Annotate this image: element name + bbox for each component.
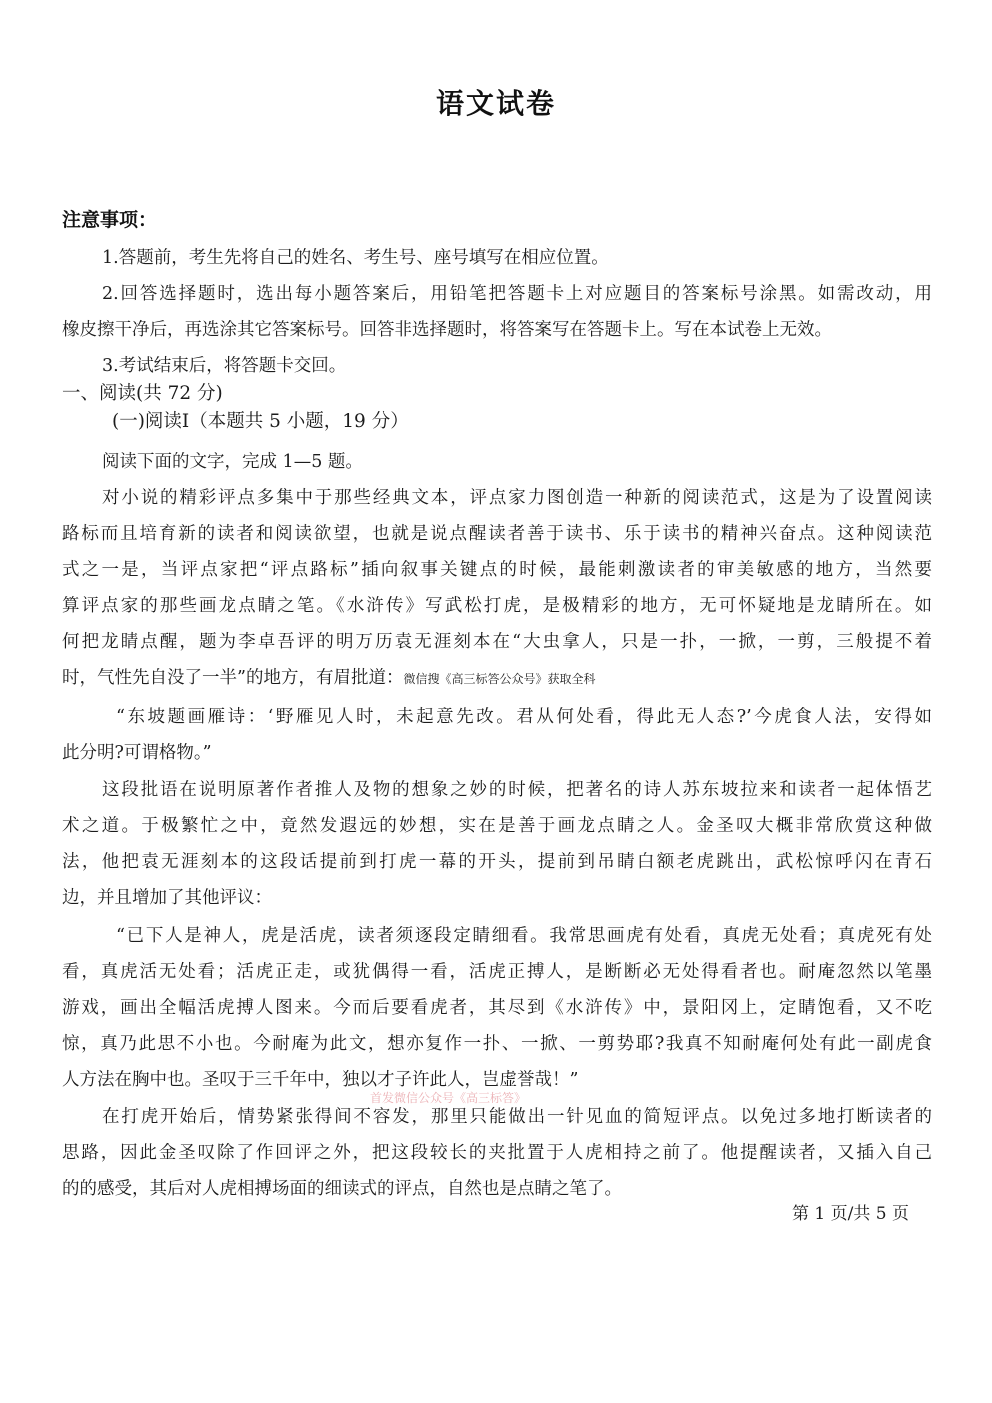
notice-item-2-line-1: 2.回答选择题时，选出每小题答案后，用铅笔把答题卡上对应题目的答案标号涂黑。如需… [102,280,932,308]
quote-2-line: 游戏，画出全幅活虎搏人图来。今而后要看虎者，其尽到《水浒传》中，景阳冈上，定睛饱… [62,994,932,1022]
reading-instruction: 阅读下面的文字，完成 1—5 题。 [102,448,932,476]
paragraph-3-line: 的的感受，其后对人虎相搏场面的细读式的评点，自然也是点睛之笔了。 [62,1175,932,1203]
wechat-note: 微信搜《高三标答公众号》获取全科 [403,672,595,686]
quote-2-line: “已下人是神人，虎是活虎，读者须逐段定睛细看。我常思画虎有处看，真虎无处看；真虎… [116,922,932,950]
paragraph-1-text: 时，气性先自没了一半”的地方，有眉批道： [62,668,403,688]
section-heading: 一、阅读(共 72 分) [62,380,223,408]
notice-item-2-line-2: 橡皮擦干净后，再选涂其它答案标号。回答非选择题时，将答案写在答题卡上。写在本试卷… [62,316,932,344]
paragraph-1-last-line: 时，气性先自没了一半”的地方，有眉批道：微信搜《高三标答公众号》获取全科 [62,664,932,692]
notice-item-1: 1.答题前，考生先将自己的姓名、考生号、座号填写在相应位置。 [102,244,932,272]
page-title: 语文试卷 [0,84,992,124]
paragraph-3-line: 思路，因此金圣叹除了作回评之外，把这段较长的夹批置于人虎相持之前了。他提醒读者，… [62,1139,932,1167]
paragraph-1-line: 式之一是，当评点家把“评点路标”插向叙事关键点的时候，最能刺激读者的审美敏感的地… [62,556,932,584]
paragraph-2-line: 边，并且增加了其他评议： [62,884,932,912]
notice-heading: 注意事项： [62,206,157,234]
quote-2-line: 惊，真乃此思不小也。今耐庵为此文，想亦复作一扑、一掀、一剪势耶?我真不知耐庵何处… [62,1030,932,1058]
quote-1-line: “东坡题画雁诗：‘野雁见人时，未起意先改。君从何处看，得此无人态?’今虎食人法，… [116,703,932,731]
subsection-heading: (一)阅读Ⅰ（本题共 5 小题，19 分） [112,408,409,436]
quote-2-line: 看，真虎活无处看；活虎正走，或犹偶得一看，活虎正搏人，是断断必无处得看者也。耐庵… [62,958,932,986]
paragraph-1-line: 何把龙睛点醒，题为李卓吾评的明万历袁无涯刻本在“大虫拿人，只是一扑，一掀，一剪，… [62,628,932,656]
paragraph-2-line: 术之道。于极繁忙之中，竟然发遐远的妙想，实在是善于画龙点睛之人。金圣叹大概非常欣… [62,812,932,840]
quote-1-line: 此分明?可谓格物。” [62,739,932,767]
page-number: 第 1 页/共 5 页 [792,1200,909,1228]
paragraph-1-line: 对小说的精彩评点多集中于那些经典文本，评点家力图创造一种新的阅读范式，这是为了设… [102,484,932,512]
paragraph-1-line: 路标而且培育新的读者和阅读欲望，也就是说点醒读者善于读书、乐于读书的精神兴奋点。… [62,520,932,548]
notice-item-3: 3.考试结束后，将答题卡交回。 [102,352,932,380]
paragraph-1-line: 算评点家的那些画龙点睛之笔。《水浒传》写武松打虎，是极精彩的地方，无可怀疑地是龙… [62,592,932,620]
paragraph-2-line: 法，他把袁无涯刻本的这段话提前到打虎一幕的开头，提前到吊睛白额老虎跳出，武松惊呼… [62,848,932,876]
exam-page: 语文试卷 注意事项： 1.答题前，考生先将自己的姓名、考生号、座号填写在相应位置… [0,0,992,1403]
paragraph-3-line: 在打虎开始后，情势紧张得间不容发，那里只能做出一针见血的简短评点。以免过多地打断… [102,1103,932,1131]
paragraph-2-line: 这段批语在说明原著作者推人及物的想象之妙的时候，把著名的诗人苏东坡拉来和读者一起… [102,776,932,804]
